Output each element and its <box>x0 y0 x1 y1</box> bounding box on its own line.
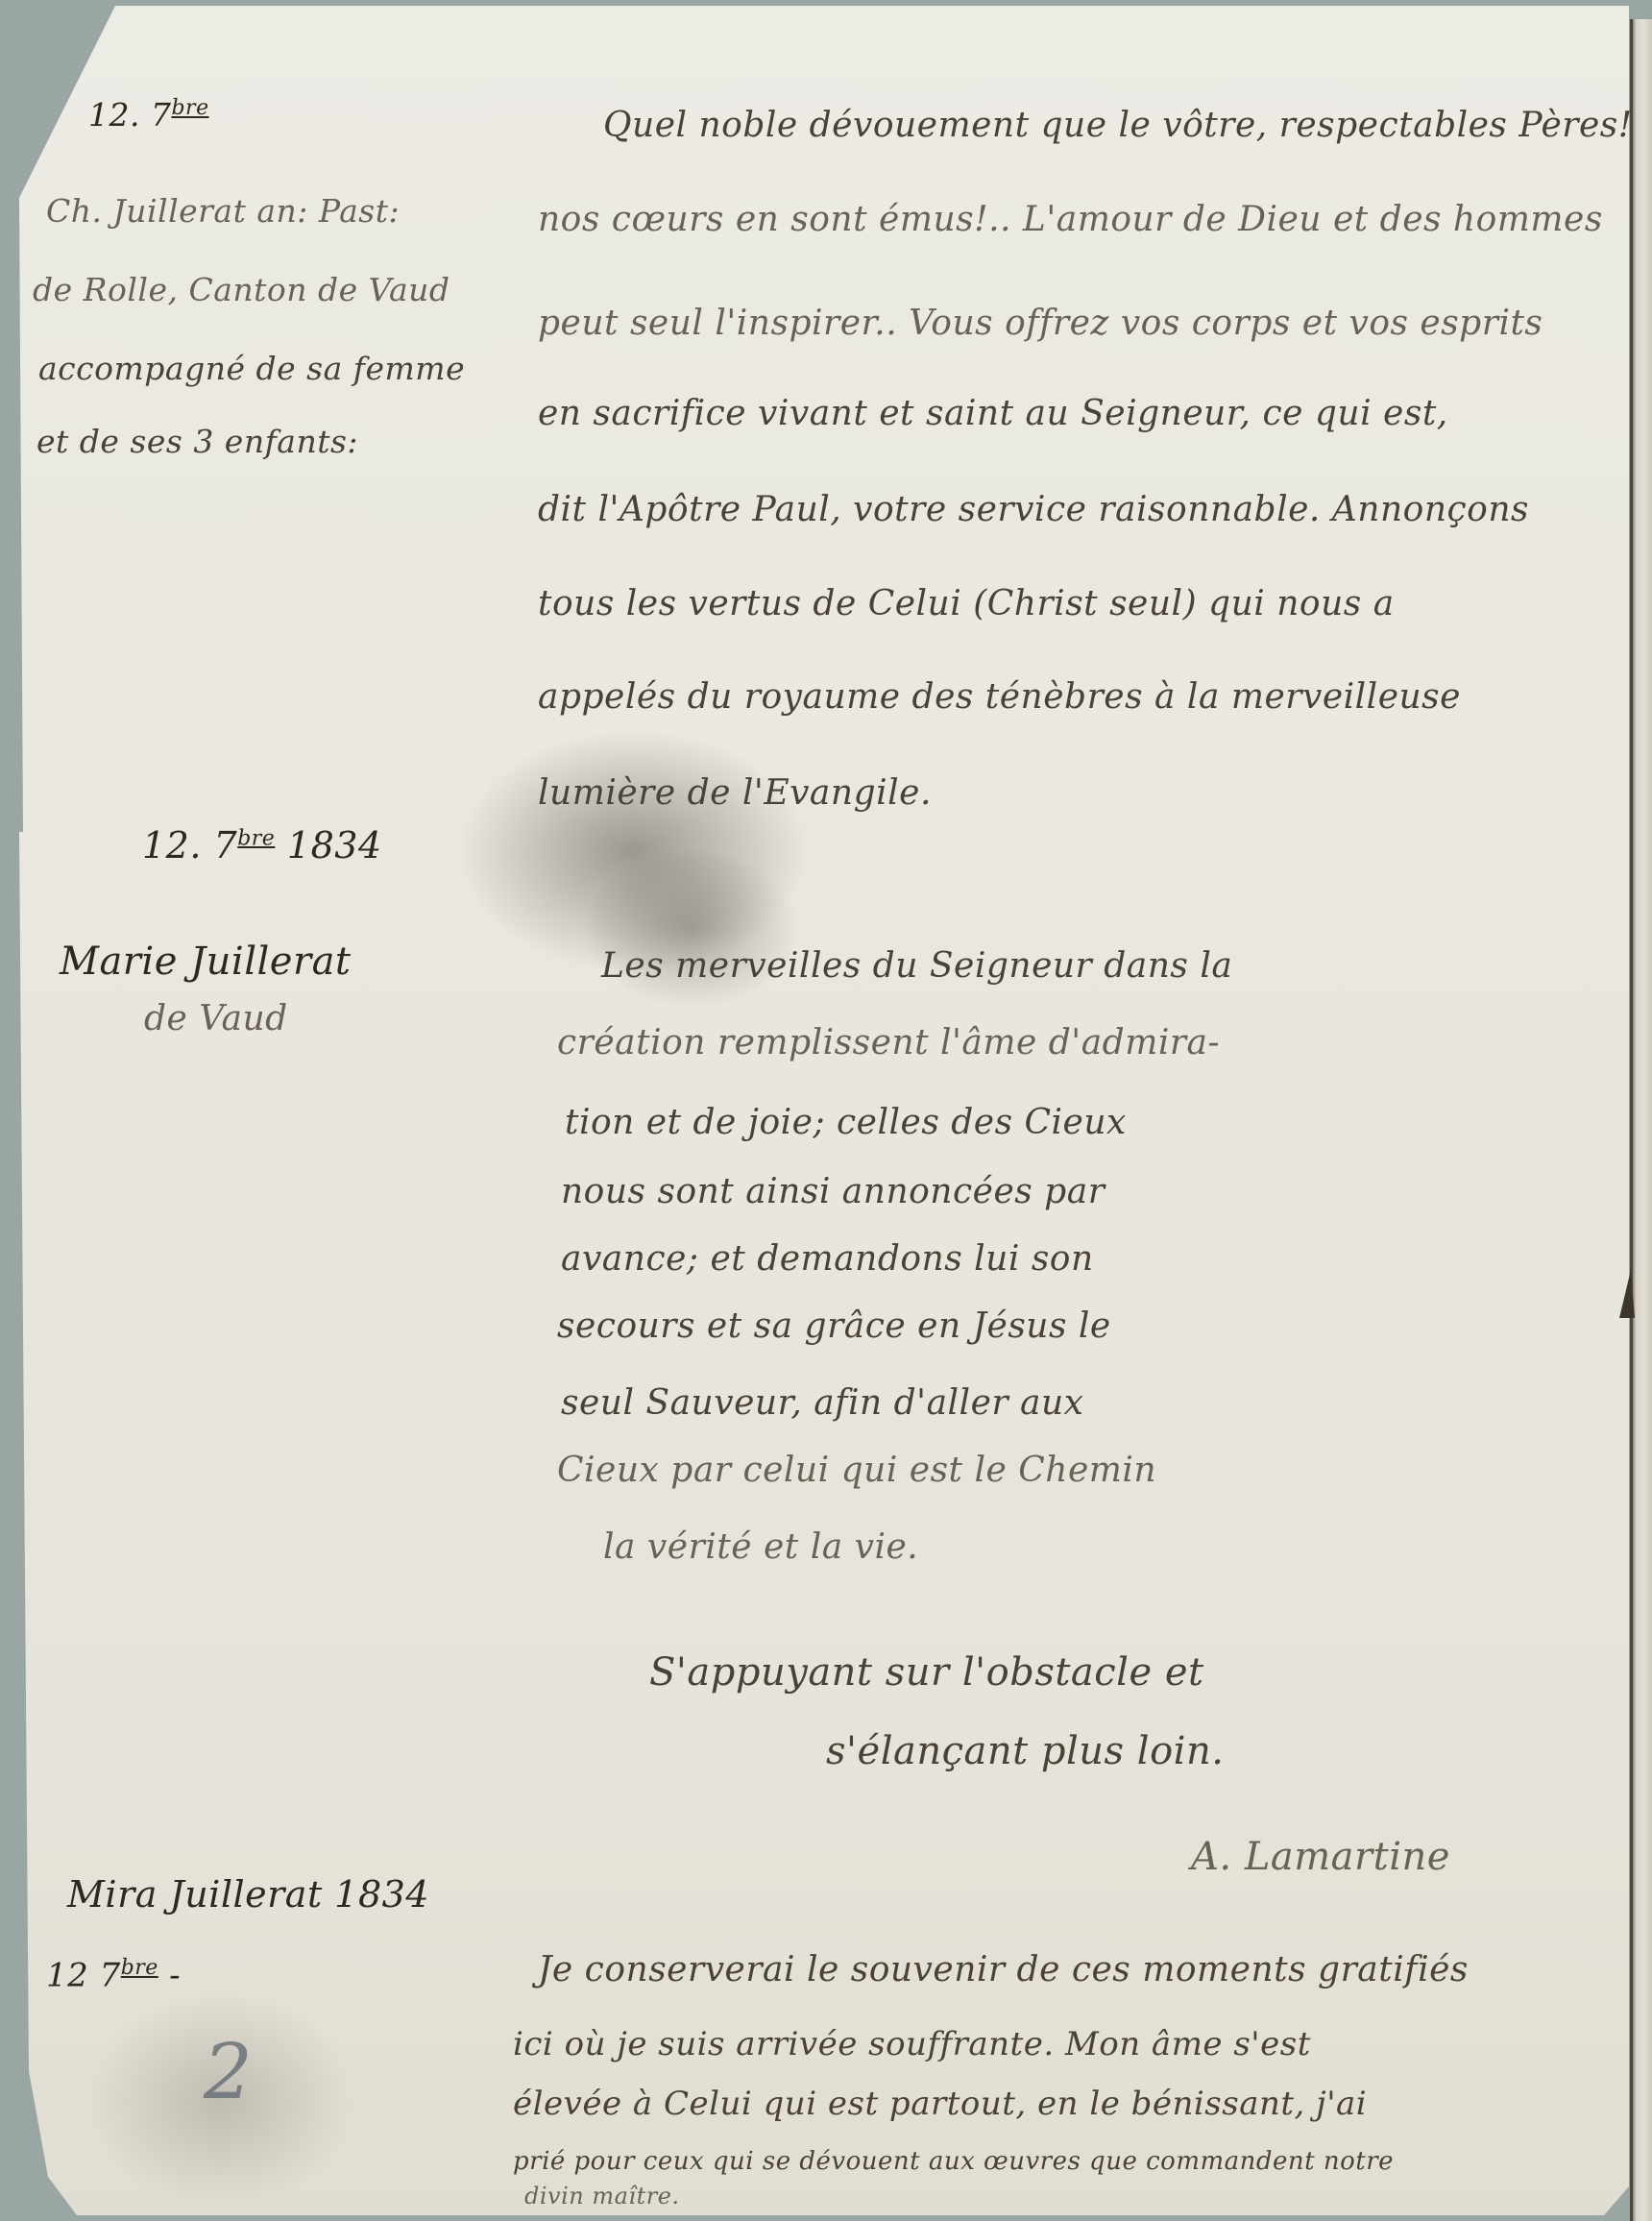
body-line: nous sont ainsi annoncées par <box>561 1172 1105 1211</box>
quote-signature: A. Lamartine <box>1191 1835 1450 1879</box>
body-line: prié pour ceux qui se dévouent aux œuvre… <box>513 2147 1394 2176</box>
margin-line: Ch. Juillerat an: Past: <box>46 192 400 230</box>
margin-date-year: 1834 <box>287 824 382 866</box>
binding-spine <box>1631 19 1652 2221</box>
margin-line: accompagné de sa femme <box>38 350 465 387</box>
margin-date-4: 12 7bre - <box>46 1956 181 1994</box>
margin-date-text: 12. 7 <box>88 96 171 134</box>
quote-line: s'élançant plus loin. <box>826 1729 1224 1773</box>
margin-date-sup: bre <box>237 826 275 850</box>
margin-date-text: 12 7 <box>46 1956 121 1994</box>
body-line: seul Sauveur, afin d'aller aux <box>561 1383 1083 1423</box>
margin-signature: Marie Juillerat <box>60 940 352 984</box>
body-line: Cieux par celui qui est le Chemin <box>557 1451 1156 1490</box>
binding-edge <box>1630 19 1633 2221</box>
margin-date-suffix: - <box>158 1956 181 1994</box>
body-line: secours et sa grâce en Jésus le <box>557 1306 1111 1346</box>
body-line: dit l'Apôtre Paul, votre service raisonn… <box>538 490 1529 529</box>
body-line: Quel noble dévouement que le vôtre, resp… <box>603 106 1633 145</box>
body-line: création remplissent l'âme d'admira- <box>557 1023 1220 1062</box>
body-line: tous les vertus de Celui (Christ seul) q… <box>538 584 1395 623</box>
margin-date-1: 12. 7bre <box>88 96 209 134</box>
margin-line: de Rolle, Canton de Vaud <box>33 271 450 308</box>
pencil-page-number: 2 <box>204 2027 253 2116</box>
body-line: appelés du royaume des ténèbres à la mer… <box>538 677 1461 717</box>
body-line: Je conserverai le souvenir de ces moment… <box>538 1950 1469 1989</box>
body-line: nos cœurs en sont émus!.. L'amour de Die… <box>538 200 1603 239</box>
paper-tear <box>1619 1270 1635 1318</box>
margin-date-2: 12. 7bre 1834 <box>142 824 382 866</box>
body-line: peut seul l'inspirer.. Vous offrez vos c… <box>538 304 1543 343</box>
body-line: la vérité et la vie. <box>603 1527 918 1567</box>
body-line: en sacrifice vivant et saint au Seigneur… <box>538 394 1448 433</box>
body-line: lumière de l'Evangile. <box>538 773 932 813</box>
document-scan: 12. 7bre Ch. Juillerat an: Past: de Roll… <box>0 0 1652 2221</box>
body-line: divin maître. <box>524 2183 680 2209</box>
body-line: tion et de joie; celles des Cieux <box>565 1103 1127 1142</box>
body-line: Les merveilles du Seigneur dans la <box>601 946 1232 986</box>
margin-line: de Vaud <box>144 999 288 1038</box>
quote-line: S'appuyant sur l'obstacle et <box>649 1650 1204 1695</box>
body-line: élevée à Celui qui est partout, en le bé… <box>513 2085 1367 2123</box>
margin-date-text: 12. 7 <box>142 824 237 866</box>
margin-signature: Mira Juillerat 1834 <box>67 1873 429 1916</box>
margin-line: et de ses 3 enfants: <box>36 423 358 460</box>
margin-date-sup: bre <box>121 1956 158 1980</box>
body-line: avance; et demandons lui son <box>561 1239 1094 1279</box>
body-line: ici où je suis arrivée souffrante. Mon â… <box>513 2025 1311 2063</box>
margin-date-sup: bre <box>171 96 208 120</box>
